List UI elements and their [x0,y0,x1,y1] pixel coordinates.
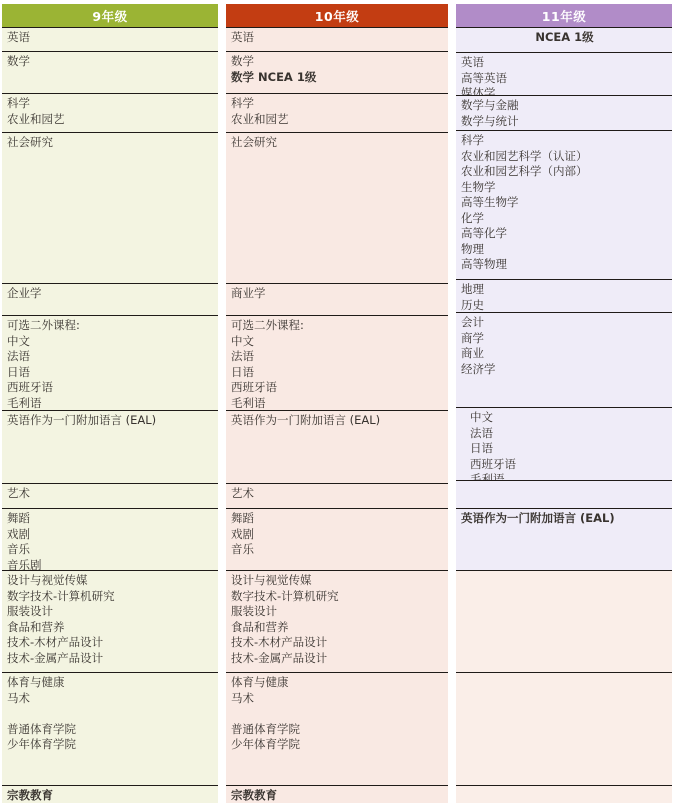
grade11-header: 11年级 [456,4,672,27]
cell-10-eal: 英语作为一门附加语言 (EAL) [226,410,448,483]
cell-text: 宗教教育 [231,788,444,803]
cell-text: 社会研究 [231,135,444,151]
cell-11-math: 数学与金融 数学与统计 [456,95,672,130]
cell-text: 舞蹈 戏剧 音乐 音乐剧 [7,511,214,570]
cell-text: 数学与金融 数学与统计 [461,98,668,129]
cell-10-arts: 艺术 [226,483,448,508]
cell-text: 数学 [231,54,444,70]
cell-9-design-tech: 设计与视觉传媒 数字技术-计算机研究 服装设计 食品和营养 技术-木材产品设计 … [2,570,218,672]
cell-text: 企业学 [7,286,214,302]
cell-text: 宗教教育 [7,788,214,803]
cell-text: 英语 [7,30,214,46]
cell-text: 英语作为一门附加语言 (EAL) [461,511,668,527]
cell-text: 艺术 [7,486,214,502]
cell-text: 可选二外课程: 中文 法语 日语 西班牙语 毛利语 [7,318,214,410]
grade10-header: 10年级 [226,4,448,27]
cell-9-languages: 可选二外课程: 中文 法语 日语 西班牙语 毛利语 [2,315,218,410]
cell-11-science: 科学 农业和园艺科学（认证） 农业和园艺科学（内部） 生物学 高等生物学 化学 … [456,130,672,279]
cell-11-english: 英语 高等英语 媒体学 [456,52,672,95]
cell-text: 英语作为一门附加语言 (EAL) [7,413,214,429]
cell-11-empty-1 [456,480,672,508]
grade11-column: 11年级 NCEA 1级 英语 高等英语 媒体学 数学与金融 数学与统计 科学 … [456,0,672,803]
grade10-column: 10年级 英语 数学 数学 NCEA 1级 科学 农业和园艺 社会研究 商业学 … [226,0,448,803]
cell-11-eal: 英语作为一门附加语言 (EAL) [456,508,672,570]
cell-text: 可选二外课程: 中文 法语 日语 西班牙语 毛利语 [231,318,444,410]
cell-text: 科学 农业和园艺 [7,96,214,127]
cell-text: 地理 历史 [461,282,668,312]
cell-text: NCEA 1级 [461,30,668,46]
cell-text: 会计 商学 商业 经济学 [461,315,668,377]
cell-text: 社会研究 [7,135,214,151]
cell-text: 设计与视觉传媒 数字技术-计算机研究 服装设计 食品和营养 技术-木材产品设计 … [231,573,444,666]
cell-9-arts: 艺术 [2,483,218,508]
cell-11-commerce: 会计 商学 商业 经济学 [456,312,672,407]
cell-text: 艺术 [231,486,444,502]
cell-text: 英语 高等英语 媒体学 [461,55,668,95]
cell-9-social-studies: 社会研究 [2,132,218,283]
cell-11-ncea-level1: NCEA 1级 [456,27,672,52]
cell-9-performing-arts: 舞蹈 戏剧 音乐 音乐剧 [2,508,218,570]
cell-10-math: 数学 数学 NCEA 1级 [226,51,448,93]
cell-text: 舞蹈 戏剧 音乐 [231,511,444,558]
cell-9-pe-health: 体育与健康 马术 普通体育学院 少年体育学院 [2,672,218,785]
cell-text: 体育与健康 马术 普通体育学院 少年体育学院 [231,675,444,753]
cell-9-math: 数学 [2,51,218,93]
cell-10-business: 商业学 [226,283,448,315]
cell-11-geo-history: 地理 历史 [456,279,672,312]
cell-text: 中文 法语 日语 西班牙语 毛利语 [461,410,668,480]
cell-text: 科学 农业和园艺 [231,96,444,127]
grade9-header: 9年级 [2,4,218,27]
cell-10-social-studies: 社会研究 [226,132,448,283]
cell-9-science: 科学 农业和园艺 [2,93,218,132]
cell-10-science: 科学 农业和园艺 [226,93,448,132]
cell-10-religious-education: 宗教教育 [226,785,448,803]
cell-text: 商业学 [231,286,444,302]
curriculum-table: 9年级 英语 数学 科学 农业和园艺 社会研究 企业学 可选二外课程: 中文 法… [0,0,673,803]
cell-9-business: 企业学 [2,283,218,315]
cell-text: 数学 [7,54,214,70]
cell-10-performing-arts: 舞蹈 戏剧 音乐 [226,508,448,570]
cell-text: 科学 农业和园艺科学（认证） 农业和园艺科学（内部） 生物学 高等生物学 化学 … [461,133,668,273]
cell-text: 英语 [231,30,444,46]
cell-10-pe-health: 体育与健康 马术 普通体育学院 少年体育学院 [226,672,448,785]
cell-11-empty-3 [456,672,672,785]
cell-text: 英语作为一门附加语言 (EAL) [231,413,444,429]
cell-9-religious-education: 宗教教育 [2,785,218,803]
cell-10-english: 英语 [226,27,448,51]
cell-10-languages: 可选二外课程: 中文 法语 日语 西班牙语 毛利语 [226,315,448,410]
cell-9-eal: 英语作为一门附加语言 (EAL) [2,410,218,483]
cell-9-english: 英语 [2,27,218,51]
cell-11-languages: 中文 法语 日语 西班牙语 毛利语 [456,407,672,480]
cell-10-design-tech: 设计与视觉传媒 数字技术-计算机研究 服装设计 食品和营养 技术-木材产品设计 … [226,570,448,672]
cell-text: 设计与视觉传媒 数字技术-计算机研究 服装设计 食品和营养 技术-木材产品设计 … [7,573,214,666]
cell-11-empty-4 [456,785,672,803]
cell-11-empty-2 [456,570,672,672]
cell-text-ncea: 数学 NCEA 1级 [231,70,444,86]
grade9-column: 9年级 英语 数学 科学 农业和园艺 社会研究 企业学 可选二外课程: 中文 法… [2,0,218,803]
cell-text: 体育与健康 马术 普通体育学院 少年体育学院 [7,675,214,753]
